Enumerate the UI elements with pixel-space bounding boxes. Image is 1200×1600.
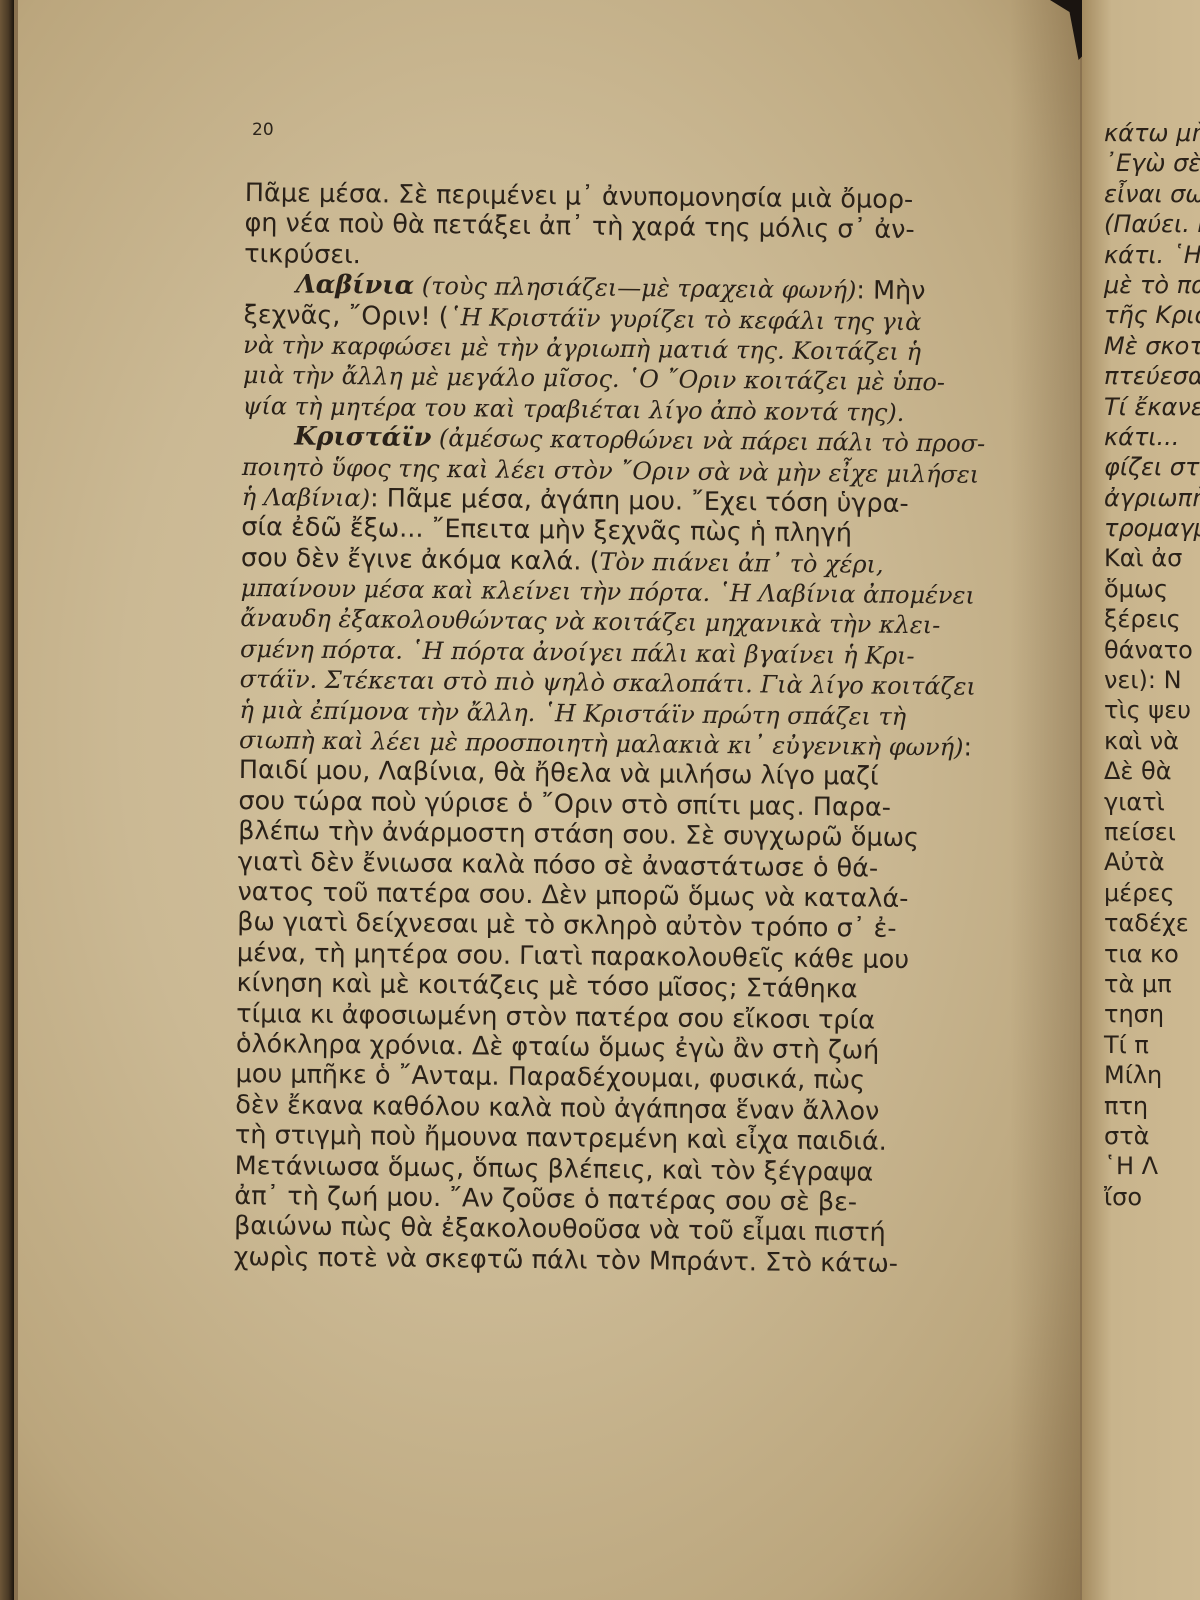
facing-text-line: γιατὶ	[1104, 787, 1200, 817]
facing-text-line: τηση	[1104, 999, 1200, 1029]
facing-text-line: κάτω μὴν	[1104, 118, 1200, 148]
facing-text-line: Καὶ ἀσ	[1104, 543, 1200, 573]
speaker-name: Κριστάϊν	[294, 422, 431, 453]
facing-text-line: τὰ μπ	[1104, 969, 1200, 999]
page-body-text: Πᾶμε μέσα. Σὲ περιμένει μ᾽ ἀνυπομονησία …	[234, 178, 1075, 1281]
facing-text-line: θάνατο	[1104, 635, 1200, 665]
facing-text-line: Δὲ θὰ	[1104, 756, 1200, 786]
facing-text-line: μέρες	[1104, 878, 1200, 908]
dialogue-text: : Μὴν	[856, 276, 925, 307]
facing-page-text: κάτω μὴν᾽Εγὼ σὲεἶναι σωσ(Παύει. Πκάτι. ῾…	[1104, 118, 1200, 1212]
facing-text-line: (Παύει. Π	[1104, 209, 1200, 239]
facing-text-line: πείσει	[1104, 817, 1200, 847]
facing-text-line: ἀγριωπὴ	[1104, 483, 1200, 513]
facing-text-line: Τί ἔκανε	[1104, 392, 1200, 422]
facing-text-line: Μίλη	[1104, 1060, 1200, 1090]
stage-direction: Τὸν πιάνει ἀπ᾽ τὸ χέρι,	[599, 547, 883, 578]
facing-text-line: πτεύεσα	[1104, 361, 1200, 391]
facing-text-line: ξέρεις	[1104, 604, 1200, 634]
stage-direction: (ἀμέσως κατορθώνει νὰ πάρει πάλι τὸ προσ…	[431, 424, 985, 458]
facing-text-line: τὶς ψευ	[1104, 695, 1200, 725]
stage-direction: (τοὺς πλησιάζει—μὲ τραχειὰ φωνή)	[414, 272, 856, 305]
facing-text-line: ἴσο	[1104, 1182, 1200, 1212]
dialogue-text: :	[963, 733, 972, 763]
stage-direction: ῾Η Κριστάϊν γυρίζει τὸ κεφάλι της γιὰ	[449, 303, 922, 336]
facing-text-line: ταδέχε	[1104, 908, 1200, 938]
facing-text-line: μὲ τὸ παγ	[1104, 270, 1200, 300]
dialogue-text: χωρὶς ποτὲ νὰ σκεφτῶ πάλι τὸν Μπράντ. Στ…	[234, 1242, 899, 1279]
facing-text-line: ῾Η Λ	[1104, 1151, 1200, 1181]
facing-text-line: Αὐτὰ	[1104, 847, 1200, 877]
facing-text-line: τρομαγμ	[1104, 513, 1200, 543]
stage-direction: ἡ Λαβίνια)	[242, 483, 371, 512]
book-page-right-partial: κάτω μὴν᾽Εγὼ σὲεἶναι σωσ(Παύει. Πκάτι. ῾…	[1082, 0, 1200, 1600]
facing-text-line: καὶ νὰ	[1104, 726, 1200, 756]
facing-text-line: τῆς Κριστ	[1104, 300, 1200, 330]
speaker-name: Λαβίνια	[296, 270, 415, 301]
facing-text-line: στὰ	[1104, 1121, 1200, 1151]
facing-text-line: Τί π	[1104, 1030, 1200, 1060]
page-number: 20	[252, 120, 274, 140]
facing-text-line: φίζει στ	[1104, 452, 1200, 482]
facing-text-line: ᾽Εγὼ σὲ	[1104, 148, 1200, 178]
book-binding-edge	[0, 0, 14, 1600]
dialogue-text: ξεχνᾶς, ῎Οριν! (	[243, 300, 448, 332]
facing-text-line: νει): Ν	[1104, 665, 1200, 695]
facing-text-line: κάτι...	[1104, 422, 1200, 452]
facing-text-line: πτη	[1104, 1091, 1200, 1121]
facing-text-line: ὅμως	[1104, 574, 1200, 604]
facing-text-line: τια κο	[1104, 939, 1200, 969]
facing-text-line: εἶναι σωσ	[1104, 179, 1200, 209]
dialogue-text: τικρύσει.	[244, 239, 361, 270]
facing-text-line: κάτι. ῾Η κ	[1104, 240, 1200, 270]
dialogue-text: σου δὲν ἔγινε ἀκόμα καλά. (	[241, 543, 600, 577]
facing-text-line: Μὲ σκοτ	[1104, 331, 1200, 361]
